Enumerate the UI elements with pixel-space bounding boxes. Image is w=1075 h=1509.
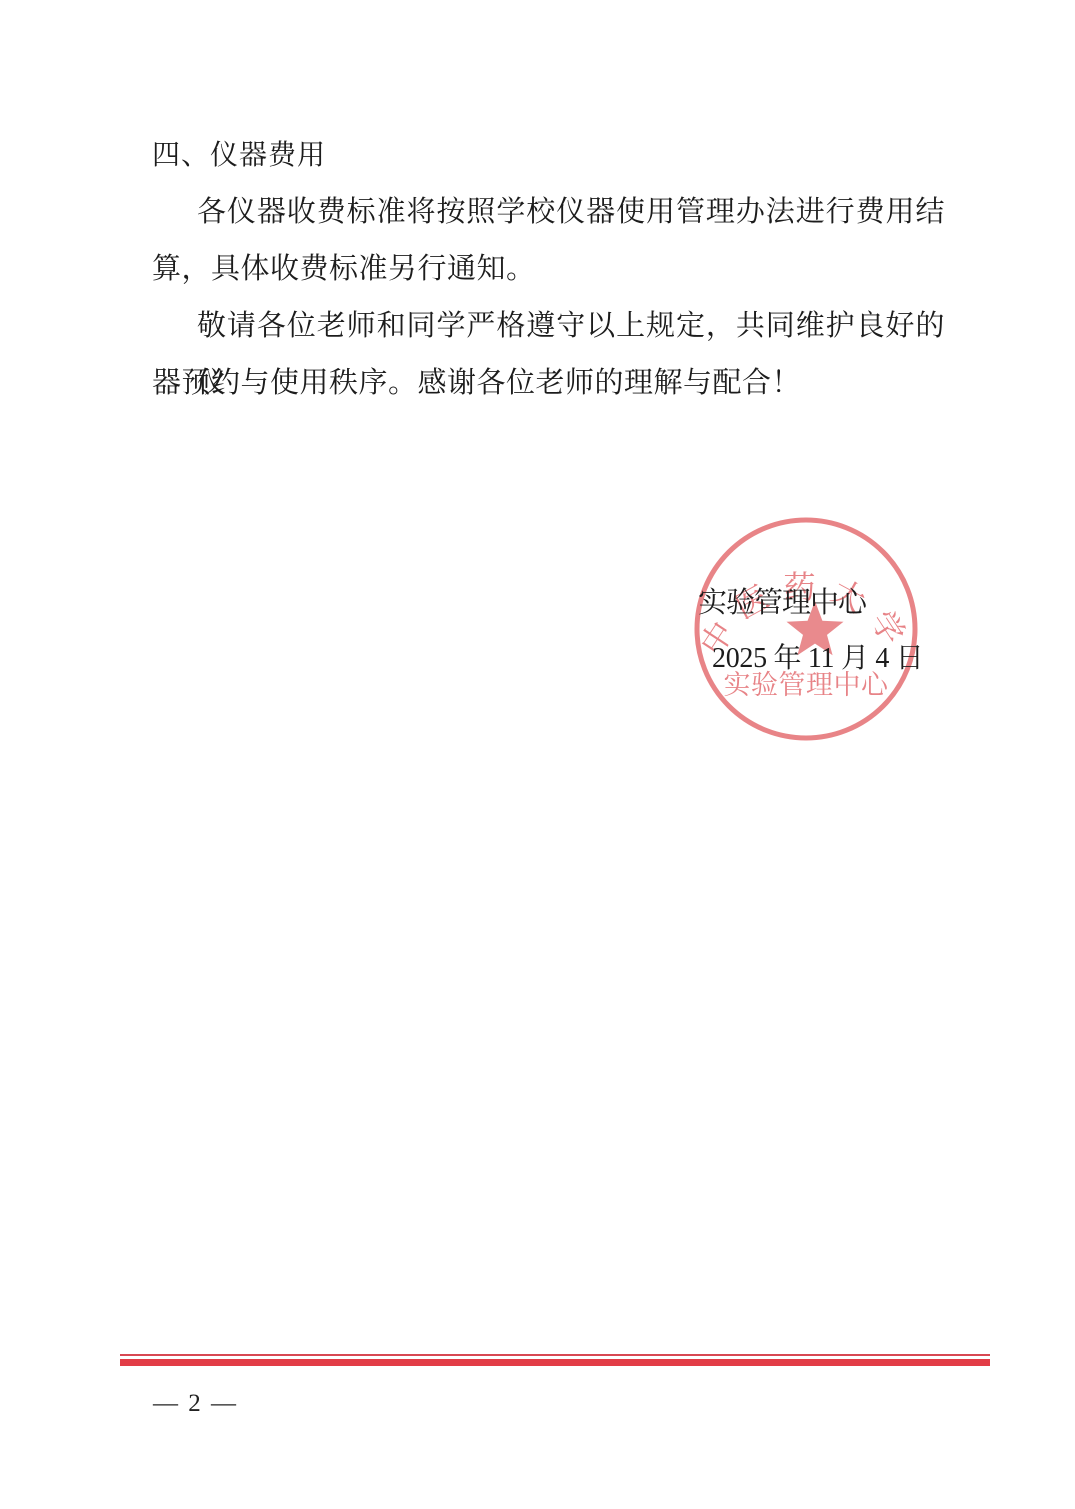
footer-rule-thick [120, 1359, 990, 1366]
paragraph-1-line-1: 各仪器收费标准将按照学校仪器使用管理办法进行费用结 [152, 184, 945, 241]
paragraph-2-line-2: 器预约与使用秩序。感谢各位老师的理解与配合！ [152, 355, 945, 412]
paragraph-2-line-1: 敬请各位老师和同学严格遵守以上规定，共同维护良好的仪 [152, 298, 945, 355]
page-number: — 2 — [153, 1390, 238, 1418]
footer-rule-thin [120, 1354, 990, 1356]
section-heading: 四、仪器费用 [152, 127, 945, 184]
seal-bottom-text: 实验管理中心 [724, 670, 889, 700]
document-body: 四、仪器费用 各仪器收费标准将按照学校仪器使用管理办法进行费用结 算，具体收费标… [152, 127, 945, 412]
signature-org-name: 实验管理中心 [698, 588, 866, 618]
official-seal-stamp: 中医药大学 实验管理中心 [690, 513, 922, 745]
signature-date: 2025 年 11 月 4 日 [712, 644, 923, 674]
paragraph-1-line-2: 算，具体收费标准另行通知。 [152, 241, 945, 298]
document-page: 四、仪器费用 各仪器收费标准将按照学校仪器使用管理办法进行费用结 算，具体收费标… [0, 0, 1075, 1509]
